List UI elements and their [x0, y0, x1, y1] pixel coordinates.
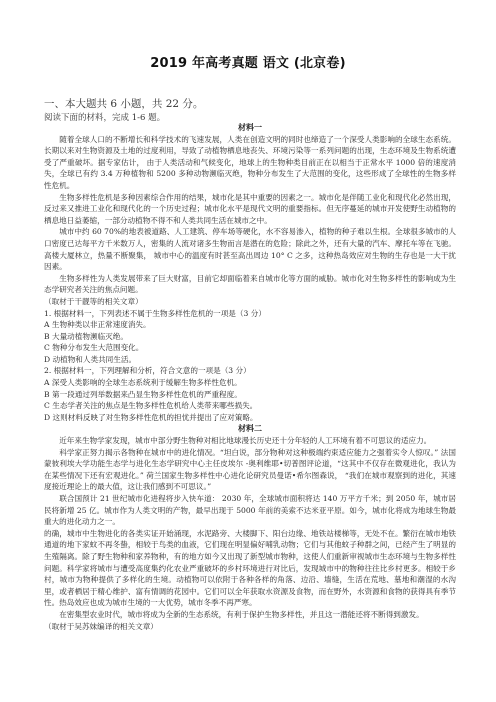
question-2-option-b: B 第一段通过列举数据来凸显生物多样性危机的严重程度。: [44, 389, 456, 401]
question-2-option-a: A 深受人类影响的全球生态系统利于缓解生物多样性危机。: [44, 377, 456, 389]
material-1-paragraph: 生物多样性危机是多种因素综合作用的结果，城市化是其中重要的因素之一。城市化是伴随…: [44, 192, 456, 227]
material-2-paragraph: 的确，城市中生物进化的各类实证开始涌现，水泥路旁、大楼脚下、阳台边缘、地铁站楼梯…: [44, 528, 456, 609]
question-2-stem: 2. 根据材料一，下列理解和分析，符合文意的一项是（3 分）: [44, 365, 456, 377]
material-2-paragraph: 科学家正努力揭示各物种在城市中的进化情况。“坦白说，部分物种对这种极端约束适应能…: [44, 447, 456, 493]
material-1-paragraph: 生物多样性为人类发展带来了巨大财富，目前它却面临着来自城市化等方面的威胁。城市化…: [44, 273, 456, 296]
question-2-option-c: C 生态学者关注的焦点是生物多样性危机给人类带来哪些损失。: [44, 400, 456, 412]
question-1-option-a: A 生物种类以非正常速度消失。: [44, 319, 456, 331]
question-1-option-d: D 动植物和人类共同生活。: [44, 354, 456, 366]
document-page: 2019 年高考真题 语文 (北京卷) 一、本大题共 6 小题，共 22 分。 …: [0, 0, 496, 702]
page-title: 2019 年高考真题 语文 (北京卷): [0, 52, 496, 71]
question-1-option-c: C 物种分布发生大范围变化。: [44, 342, 456, 354]
question-2-option-d: D 这则材料反映了对生物多样性危机的担忧并提出了应对策略。: [44, 412, 456, 424]
material-1-heading: 材料一: [44, 122, 456, 134]
question-1-stem: 1. 根据材料一，下列表述不属于生物多样性危机的一项是（3 分）: [44, 308, 456, 320]
question-1-option-b: B 大量动植物濒临灭绝。: [44, 331, 456, 343]
material-1-paragraph: 城市中约 60 70%的地表被道路、人工建筑、停车场等硬化，水不容易渗入，植物的…: [44, 226, 456, 272]
material-1-paragraph: 随着全球人口的不断增长和科学技术的飞速发展，人类在创造文明的同时也缔造了一个深受…: [44, 134, 456, 192]
material-2-heading: 材料二: [44, 423, 456, 435]
material-2-source: （取材于吴苏妹编译的相关文章）: [44, 621, 456, 633]
material-2-paragraph: 在密集型农业时代，城市将成为全新的生态系统，有利于保护生物多样性，并且这一潜能还…: [44, 609, 456, 621]
material-2-paragraph: 近年来生物学家发现，城市中部分野生物种对相比地球漫长历史还十分年轻的人工环境有着…: [44, 435, 456, 447]
material-2-paragraph: 联合国预计 21 世纪城市化进程将步入快车道： 2030 年，全球城市面积将达 …: [44, 493, 456, 528]
document-body: 材料一 随着全球人口的不断增长和科学技术的飞速发展，人类在创造文明的同时也缔造了…: [44, 122, 456, 632]
material-1-source: （取材于干靓等的相关文章）: [44, 296, 456, 308]
section-instruction: 一、本大题共 6 小题，共 22 分。: [44, 96, 203, 111]
